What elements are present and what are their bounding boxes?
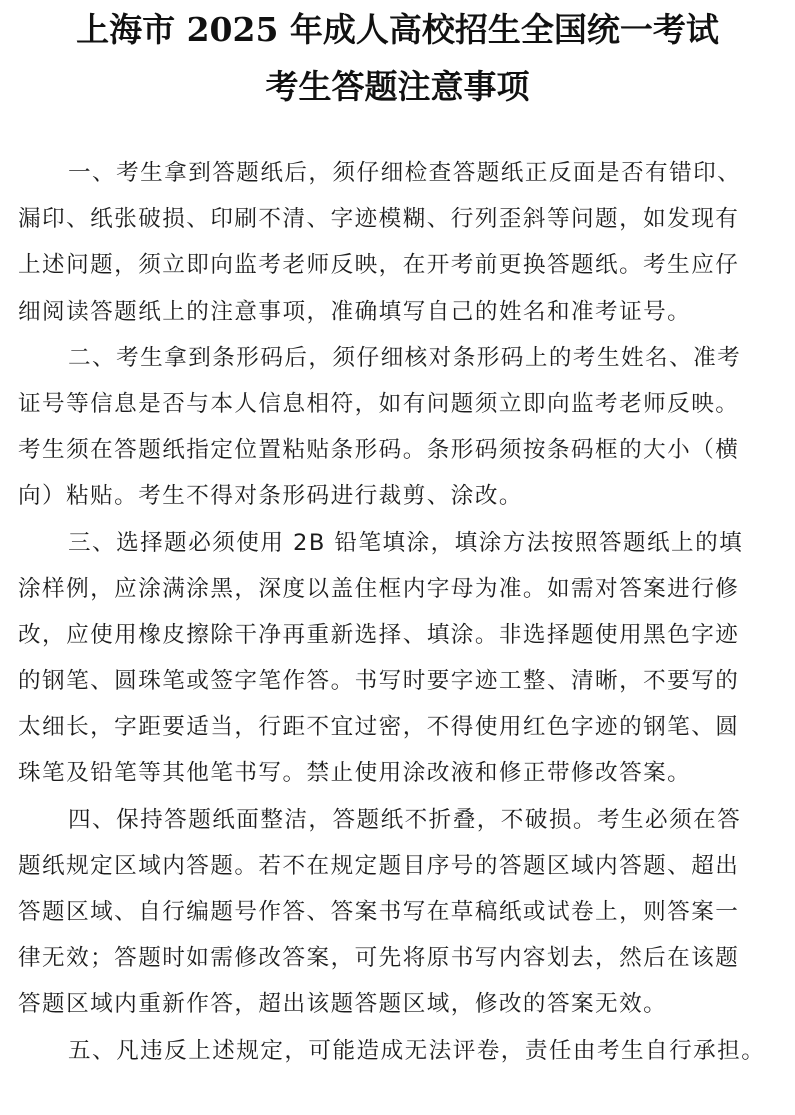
paragraph-3: 三、选择题必须使用 2B 铅笔填涂，填涂方法按照答题纸上的填 涂样例，应涂满涂黑… <box>18 520 788 797</box>
paragraph-line: 细阅读答题纸上的注意事项，准确填写自己的姓名和准考证号。 <box>18 289 788 335</box>
paragraph-line: 太细长，字距要适当，行距不宜过密，不得使用红色字迹的钢笔、圆 <box>18 704 788 750</box>
paragraph-line: 上述问题，须立即向监考老师反映，在开考前更换答题纸。考生应仔 <box>18 242 788 288</box>
paragraph-line: 二、考生拿到条形码后，须仔细核对条形码上的考生姓名、准考 <box>18 335 788 381</box>
paragraph-line: 的钢笔、圆珠笔或签字笔作答。书写时要字迹工整、清晰，不要写的 <box>18 658 788 704</box>
paragraph-line: 证号等信息是否与本人信息相符，如有问题须立即向监考老师反映。 <box>18 381 788 427</box>
paragraph-5: 五、凡违反上述规定，可能造成无法评卷，责任由考生自行承担。 <box>18 1028 788 1074</box>
paragraph-line: 考生须在答题纸指定位置粘贴条形码。条形码须按条码框的大小（横 <box>18 427 788 473</box>
paragraph-line: 珠笔及铅笔等其他笔书写。禁止使用涂改液和修正带修改答案。 <box>18 750 788 796</box>
paragraph-2: 二、考生拿到条形码后，须仔细核对条形码上的考生姓名、准考 证号等信息是否与本人信… <box>18 335 788 520</box>
paragraph-line: 五、凡违反上述规定，可能造成无法评卷，责任由考生自行承担。 <box>18 1028 788 1074</box>
paragraph-line: 涂样例，应涂满涂黑，深度以盖住框内字母为准。如需对答案进行修 <box>18 566 788 612</box>
paragraph-line: 题纸规定区域内答题。若不在规定题目序号的答题区域内答题、超出 <box>18 843 788 889</box>
paragraph-1: 一、考生拿到答题纸后，须仔细检查答题纸正反面是否有错印、 漏印、纸张破损、印刷不… <box>18 150 788 335</box>
paragraph-line: 三、选择题必须使用 2B 铅笔填涂，填涂方法按照答题纸上的填 <box>18 520 788 566</box>
paragraph-line: 答题区域、自行编题号作答、答案书写在草稿纸或试卷上，则答案一 <box>18 889 788 935</box>
document-subtitle: 考生答题注意事项 <box>0 67 795 107</box>
paragraph-line: 律无效；答题时如需修改答案，可先将原书写内容划去，然后在该题 <box>18 935 788 981</box>
document-body: 一、考生拿到答题纸后，须仔细检查答题纸正反面是否有错印、 漏印、纸张破损、印刷不… <box>18 150 788 1074</box>
paragraph-line: 四、保持答题纸面整洁，答题纸不折叠，不破损。考生必须在答 <box>18 797 788 843</box>
paragraph-line: 向）粘贴。考生不得对条形码进行裁剪、涂改。 <box>18 473 788 519</box>
paragraph-4: 四、保持答题纸面整洁，答题纸不折叠，不破损。考生必须在答 题纸规定区域内答题。若… <box>18 797 788 1028</box>
document-title: 上海市 2025 年成人高校招生全国统一考试 <box>0 10 795 50</box>
paragraph-line: 答题区域内重新作答，超出该题答题区域，修改的答案无效。 <box>18 981 788 1027</box>
document-page: 上海市 2025 年成人高校招生全国统一考试 考生答题注意事项 一、考生拿到答题… <box>0 0 795 1115</box>
paragraph-line: 漏印、纸张破损、印刷不清、字迹模糊、行列歪斜等问题，如发现有 <box>18 196 788 242</box>
paragraph-line: 一、考生拿到答题纸后，须仔细检查答题纸正反面是否有错印、 <box>18 150 788 196</box>
paragraph-line: 改，应使用橡皮擦除干净再重新选择、填涂。非选择题使用黑色字迹 <box>18 612 788 658</box>
